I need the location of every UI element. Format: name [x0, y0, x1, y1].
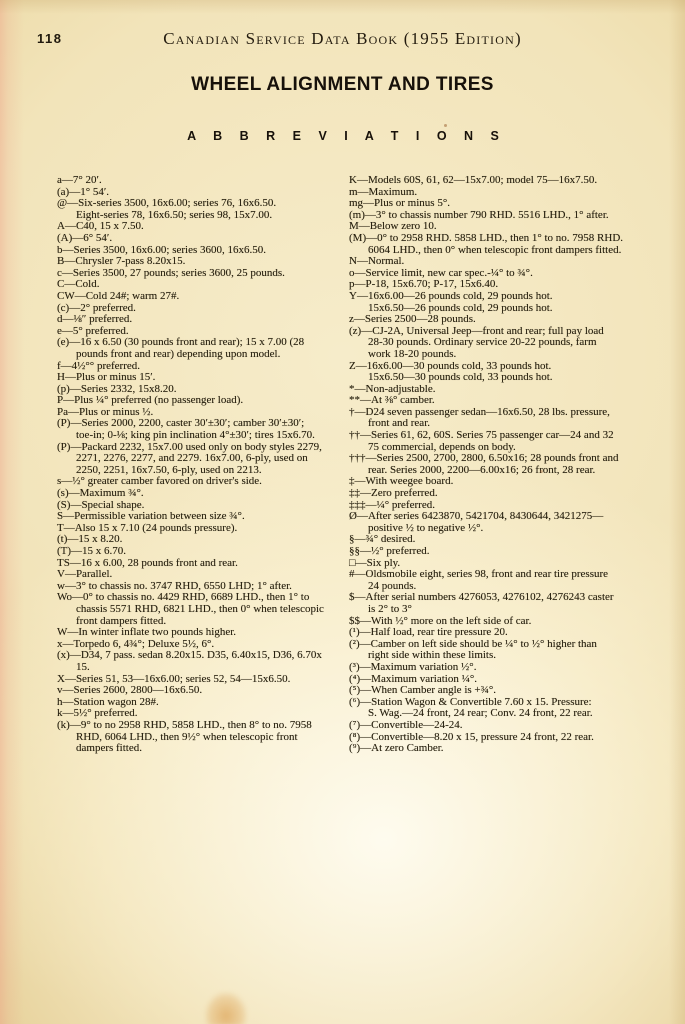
abbr-line: (A)—6° 54′. — [57, 233, 343, 245]
paper-speck — [540, 470, 543, 473]
abbr-line: (k)—9° to no 2958 RHD, 5858 LHD., then 8… — [57, 720, 343, 732]
page-left-margin-tint — [0, 0, 26, 1024]
page-right-edge-shading — [669, 0, 685, 1024]
section-heading: A B B R E V I A T I O N S — [4, 129, 685, 143]
abbr-line: W—In winter inflate two pounds higher. — [57, 627, 343, 639]
abbr-line: pounds front and rear) depending upon mo… — [57, 349, 343, 361]
abbr-line: toe-in; 0-⅛; king pin inclination 4°±30′… — [57, 430, 343, 442]
abbr-line: Y—16x6.00—26 pounds cold, 29 pounds hot. — [349, 291, 665, 303]
abbreviations-right-column: K—Models 60S, 61, 62—15x7.00; model 75—1… — [349, 175, 665, 755]
paper-speck — [444, 124, 447, 127]
page-top-edge-shading — [0, 0, 685, 14]
abbr-line: v—Series 2600, 2800—16x6.50. — [57, 685, 343, 697]
page-title: WHEEL ALIGNMENT AND TIRES — [0, 74, 685, 96]
abbr-line: (⁷)—Convertible—24-24. — [349, 720, 665, 732]
abbr-line: (s)—Maximum ¾°. — [57, 488, 343, 500]
abbr-line: chassis 5571 RHD, 6821 LHD., then 0° whe… — [57, 604, 343, 616]
abbr-line: §§—½° preferred. — [349, 546, 665, 558]
abbr-line: (M)—0° to 2958 RHD. 5858 LHD., then 1° t… — [349, 233, 665, 245]
abbr-line: 15x6.50—30 pounds cold, 33 pounds hot. — [349, 372, 665, 384]
abbr-line: (⁵)—When Camber angle is +¾°. — [349, 685, 665, 697]
book-page: 118 Canadian Service Data Book (1955 Edi… — [0, 0, 685, 1024]
abbr-line: is 2° to 3° — [349, 604, 665, 616]
abbreviations-left-column: a—7° 20′.(a)—1° 54′.@—Six-series 3500, 1… — [57, 175, 343, 755]
abbr-line: d—⅛″ preferred. — [57, 314, 343, 326]
abbr-line: c—Series 3500, 27 pounds; series 3600, 2… — [57, 268, 343, 280]
abbr-line: a—7° 20′. — [57, 175, 343, 187]
abbr-line: work 18-20 pounds. — [349, 349, 665, 361]
abbr-line: B—Chrysler 7-pass 8.20x15. — [57, 256, 343, 268]
abbr-line: (³)—Maximum variation ½°. — [349, 662, 665, 674]
abbr-line: ††—Series 61, 62, 60S. Series 75 passeng… — [349, 430, 665, 442]
abbr-line: (¹)—Half load, rear tire pressure 20. — [349, 627, 665, 639]
abbr-line: (x)—D34, 7 pass. sedan 8.20x15. D35, 6.4… — [57, 650, 343, 662]
abbr-line: ‡‡—Zero preferred. — [349, 488, 665, 500]
abbr-line: N—Normal. — [349, 256, 665, 268]
abbr-line: H—Plus or minus 15′. — [57, 372, 343, 384]
abbr-line: z—Series 2500—28 pounds. — [349, 314, 665, 326]
abbr-line: dampers fitted. — [57, 743, 343, 755]
paper-stain — [205, 992, 247, 1024]
abbr-line: (T)—15 x 6.70. — [57, 546, 343, 558]
abbr-line: CW—Cold 24#; warm 27#. — [57, 291, 343, 303]
abbr-line: 15. — [57, 662, 343, 674]
abbr-line: (⁹)—At zero Camber. — [349, 743, 665, 755]
abbr-line: K—Models 60S, 61, 62—15x7.00; model 75—1… — [349, 175, 665, 187]
running-header: Canadian Service Data Book (1955 Edition… — [0, 29, 685, 49]
